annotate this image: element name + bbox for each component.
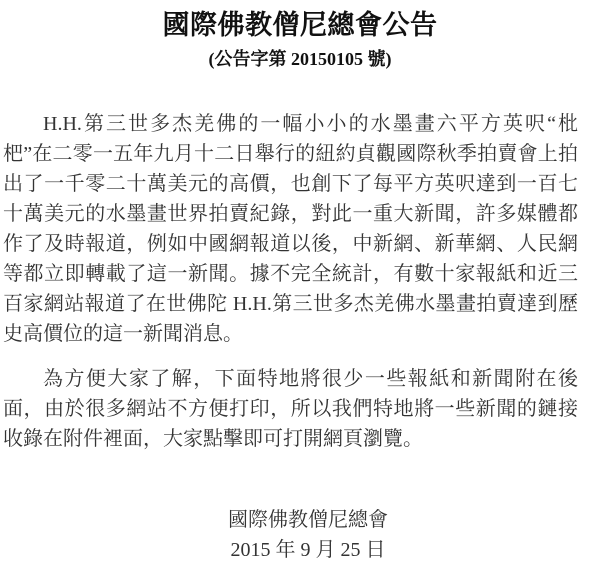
document-title: 國際佛教僧尼總會公告 xyxy=(0,8,600,42)
signature-block: 國際佛教僧尼總會 2015 年 9 月 25 日 xyxy=(8,505,600,565)
body-paragraph-2: 為方便大家了解，下面特地將很少一些報紙和新聞附在後面，由於很多網站不方便打印，所… xyxy=(3,364,578,454)
body-paragraph-1: H.H.第三世多杰羌佛的一幅小小的水墨畫六平方英呎“枇杷”在二零一五年九月十二日… xyxy=(3,109,578,349)
document-body: H.H.第三世多杰羌佛的一幅小小的水墨畫六平方英呎“枇杷”在二零一五年九月十二日… xyxy=(0,109,600,454)
announcement-document: 國際佛教僧尼總會公告 (公告字第 20150105 號) H.H.第三世多杰羌佛… xyxy=(0,0,600,568)
signature-date: 2015 年 9 月 25 日 xyxy=(8,535,600,565)
announcement-number: (公告字第 20150105 號) xyxy=(0,47,600,71)
signature-organization: 國際佛教僧尼總會 xyxy=(8,505,600,535)
